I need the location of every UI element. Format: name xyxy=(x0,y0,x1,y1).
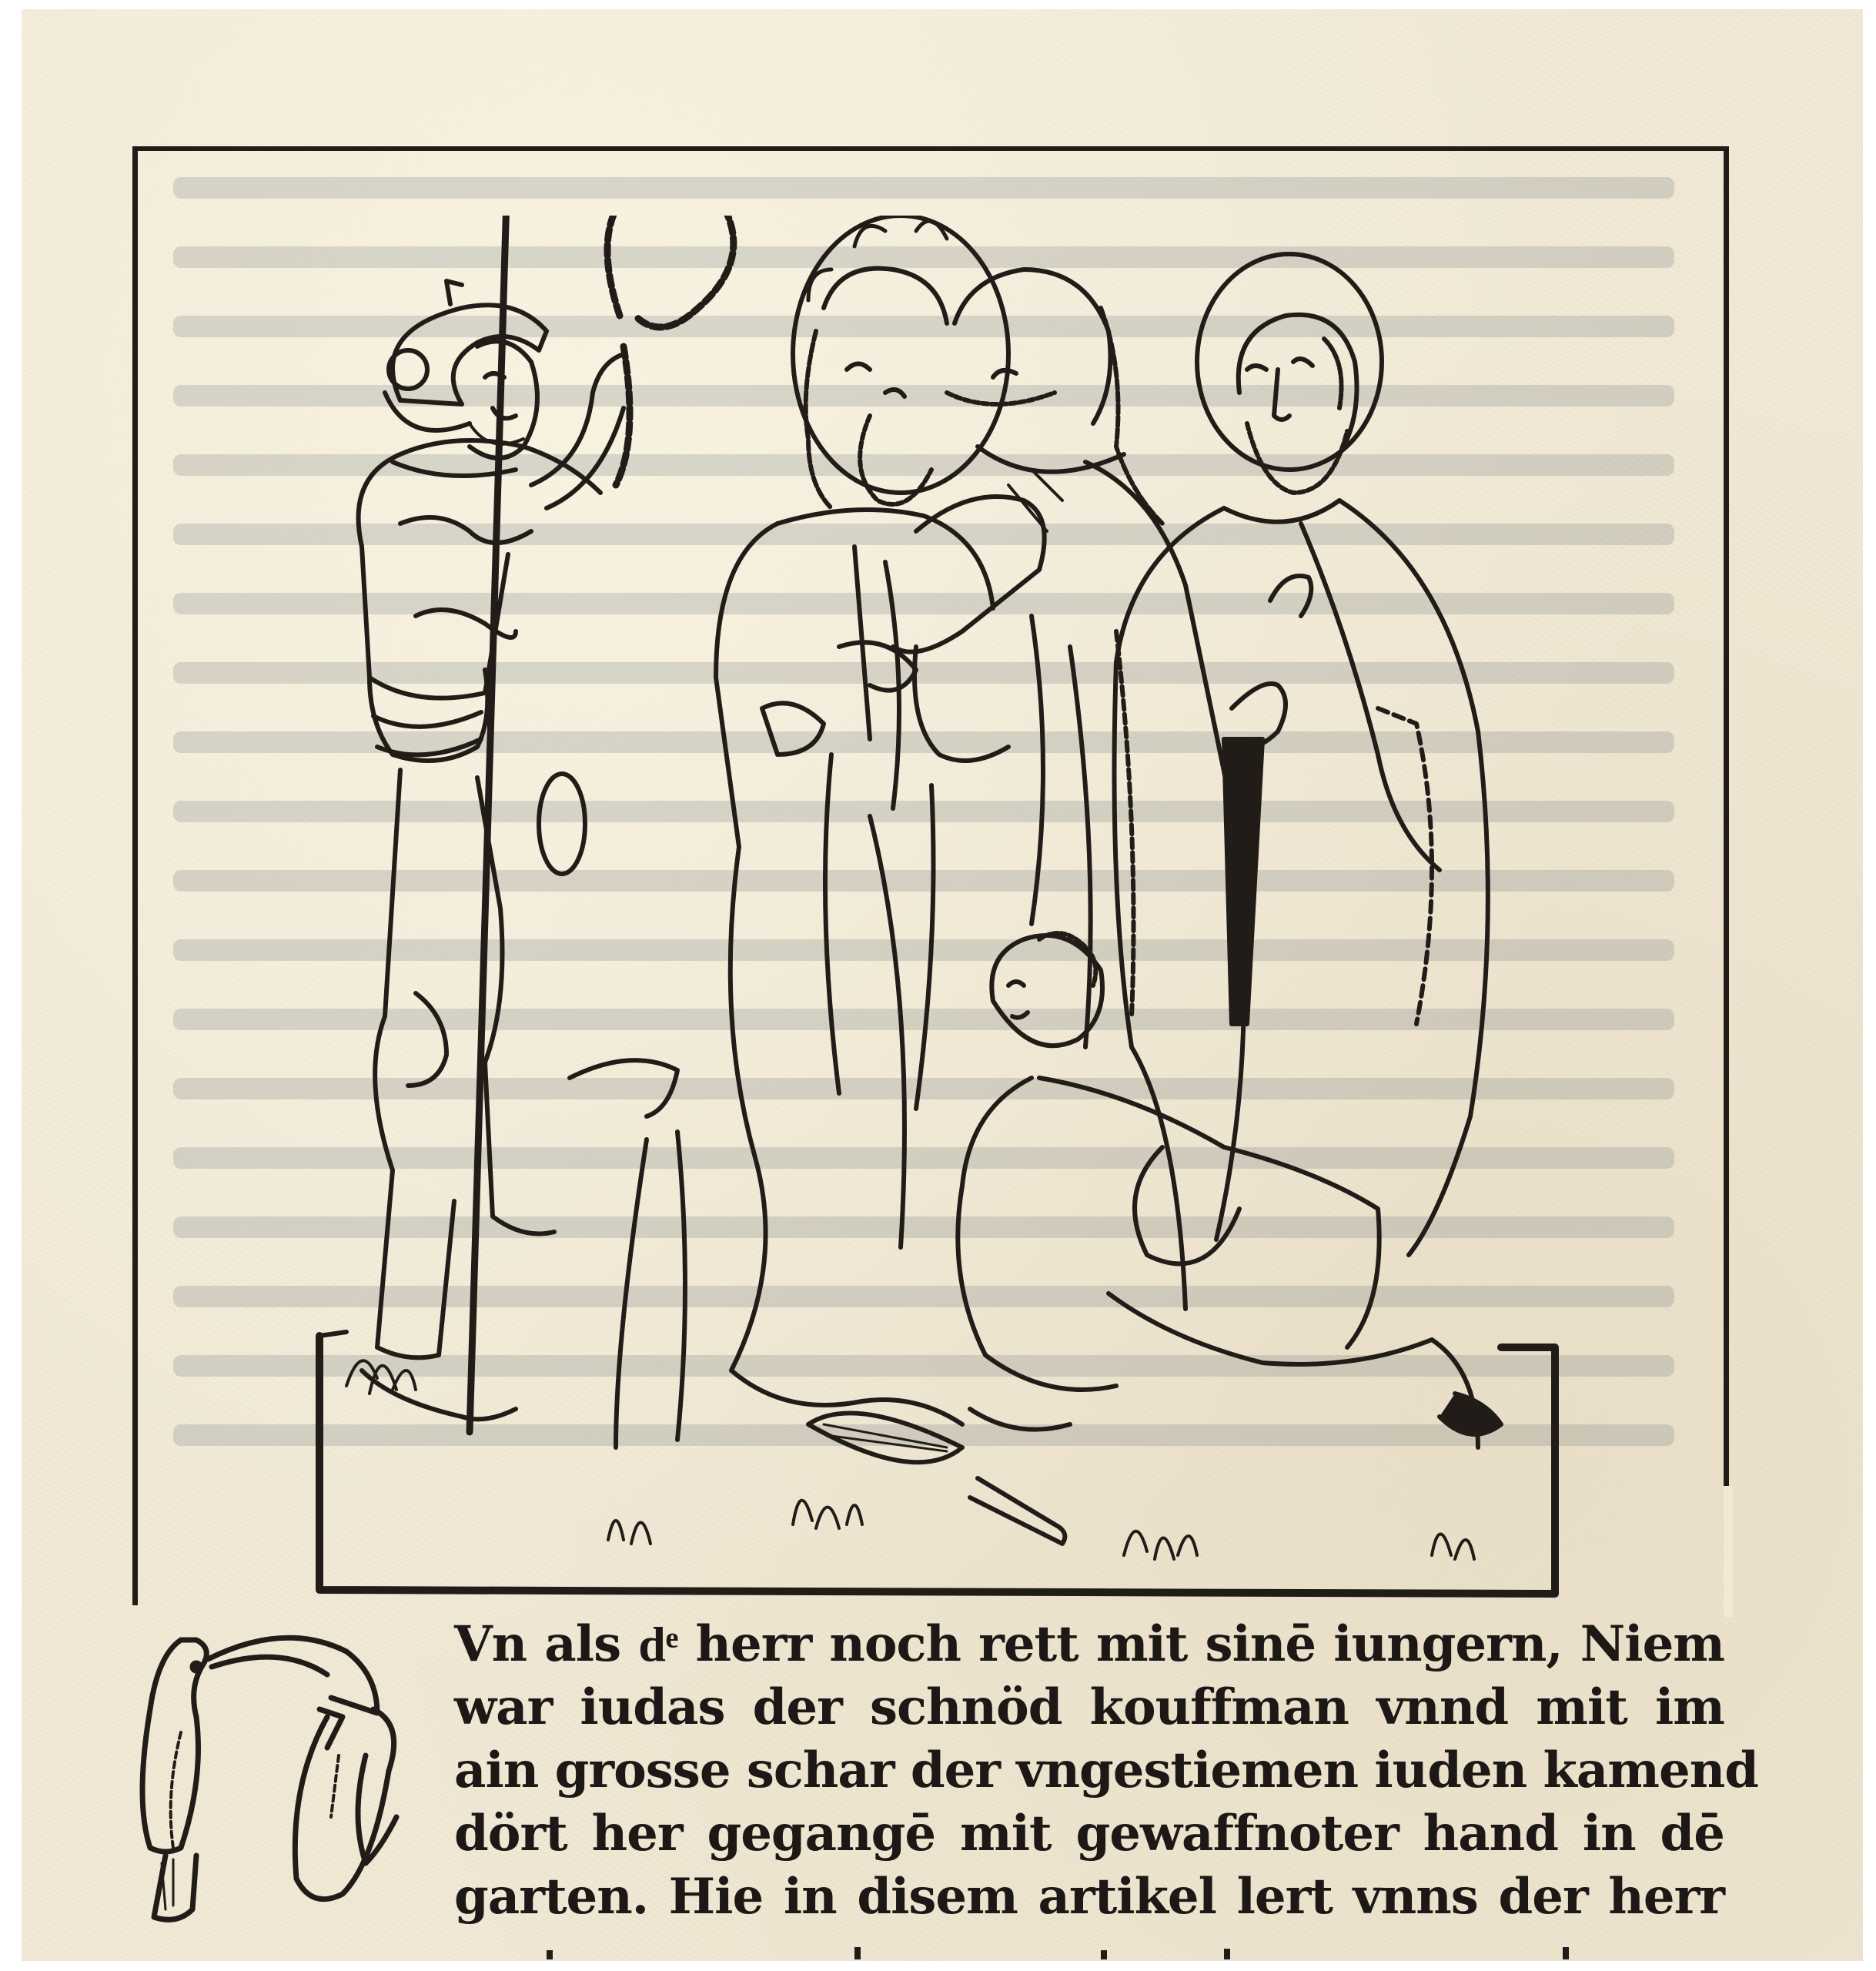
text-line: ain grosse schar der vngestiemen iuden k… xyxy=(454,1739,1724,1802)
text-line: Vn als dͤ herr noch rett mit sinē iunger… xyxy=(454,1613,1724,1676)
apostle-figure xyxy=(1115,254,1502,1434)
rope-noose-icon xyxy=(607,216,734,485)
bird-icon xyxy=(142,1640,206,1919)
decorated-initial-letter xyxy=(135,1625,443,1933)
truncated-text-line xyxy=(454,1944,1724,1959)
text-line: garten. Hie in disem artikel lert vnns d… xyxy=(454,1866,1724,1929)
sword-icon xyxy=(1224,739,1262,1024)
judas-figure xyxy=(893,269,1244,1240)
woodcut-illustration xyxy=(316,216,1593,1601)
text-line: dört her gegangē mit gewaffnoter hand in… xyxy=(454,1802,1724,1866)
text-line: war iudas der schnöd kouffman vnnd mit i… xyxy=(454,1676,1724,1739)
soldier-figure xyxy=(359,281,624,1419)
malchus-figure xyxy=(958,933,1478,1447)
spear-icon xyxy=(470,216,517,1432)
frame-gap xyxy=(1724,1486,1733,1617)
body-text: Vn als dͤ herr noch rett mit sinē iunger… xyxy=(454,1613,1724,1929)
christ-figure xyxy=(716,216,1008,1424)
